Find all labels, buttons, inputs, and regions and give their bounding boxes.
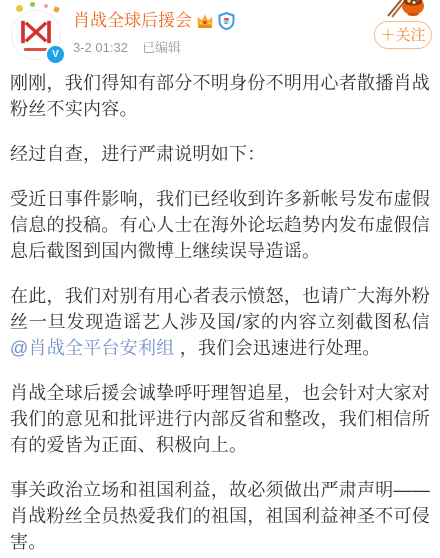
- avatar-pendant-decoration: [30, 2, 35, 7]
- post-paragraph: 受近日事件影响，我们已经收到许多新帐号发布虚假信息的投稿。有心人士在海外论坛趋势…: [10, 186, 430, 264]
- follow-area: ＋关注: [362, 0, 432, 56]
- weibo-post-screen: V 肖战全球后援会: [0, 0, 440, 558]
- paragraph-text: ，我们会迅速进行处理。: [175, 338, 381, 358]
- post-paragraph: 在此，我们对别有用心者表示愤怒，也请广大海外粉丝一旦发现造谣艺人涉及国/家的内容…: [10, 283, 430, 361]
- fanclub-logo-icon: [19, 19, 53, 45]
- crown-badge-icon: [196, 13, 214, 29]
- avatar-pendant-decoration: [16, 5, 23, 12]
- username[interactable]: 肖战全球后援会: [73, 11, 192, 31]
- paragraph-text: 在此，我们对别有用心者表示愤怒，也请广大海外粉丝一旦发现造谣艺人涉及国/家的内容…: [10, 286, 430, 332]
- header-info: 肖战全球后援会: [73, 11, 320, 56]
- avatar[interactable]: V: [10, 9, 64, 63]
- post-content: 刚刚，我们得知有部分不明身份不明用心者散播肖战粉丝不实内容。 经过自查，进行严肃…: [0, 64, 440, 555]
- edited-label: 已编辑: [142, 40, 181, 55]
- mention-link[interactable]: @肖战全平台安利组: [10, 338, 175, 358]
- follow-button[interactable]: ＋关注: [374, 21, 432, 49]
- post-paragraph: 刚刚，我们得知有部分不明身份不明用心者散播肖战粉丝不实内容。: [10, 70, 430, 122]
- post-paragraph: 事关政治立场和祖国利益，故必须做出严肃声明——肖战粉丝全员热爱我们的祖国，祖国利…: [10, 477, 430, 555]
- shield-badge-icon: [218, 12, 235, 30]
- avatar-pendant-decoration: [44, 4, 48, 8]
- post-meta: 3-2 01:32已编辑: [73, 37, 320, 56]
- timestamp: 3-2 01:32: [73, 40, 128, 55]
- avatar-pendant-decoration: [53, 6, 59, 12]
- post-header: V 肖战全球后援会: [0, 0, 440, 64]
- post-paragraph: 经过自查，进行严肃说明如下：: [10, 141, 430, 167]
- verified-badge-icon: V: [45, 44, 66, 65]
- post-paragraph: 肖战全球后援会诚挚呼吁理智追星，也会针对大家对我们的意见和批评进行内部反省和整改…: [10, 380, 430, 458]
- logo-subtext-bar: [24, 48, 48, 51]
